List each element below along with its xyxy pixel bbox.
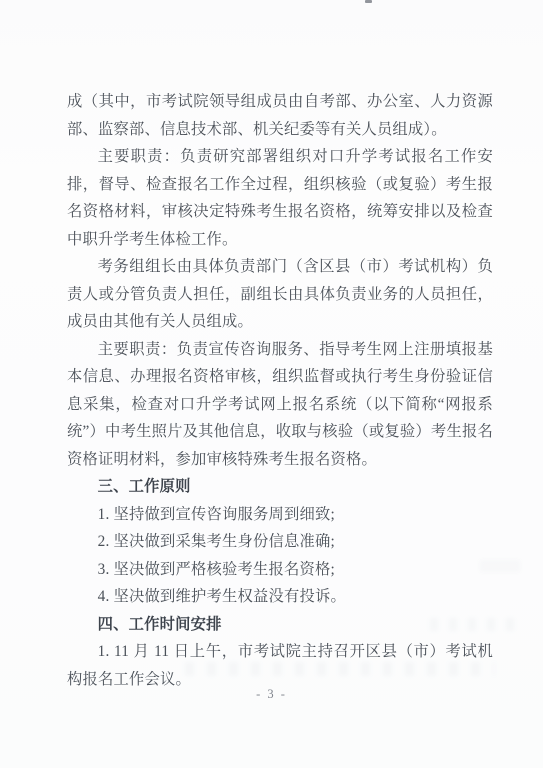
section-heading: 三、工作原则 — [67, 473, 493, 501]
scan-speck — [365, 0, 372, 3]
paragraph: 主要职责：负责研究部署组织对口升学考试报名工作安排，督导、检查报名工作全过程，组… — [67, 143, 493, 253]
paragraph: 成（其中，市考试院领导组成员由自考部、办公室、人力资源部、监察部、信息技术部、机… — [67, 88, 493, 143]
paragraph: 考务组组长由具体负责部门（含区县（市）考试机构）负责人或分管负责人担任，副组长由… — [67, 253, 493, 336]
list-item: 1. 坚持做到宣传咨询服务周到细致; — [67, 501, 493, 529]
page-number: - 3 - — [0, 687, 543, 702]
document-page: 成（其中，市考试院领导组成员由自考部、办公室、人力资源部、监察部、信息技术部、机… — [0, 0, 543, 768]
paragraph: 1. 11 月 11 日上午，市考试院主持召开区县（市）考试机构报名工作会议。 — [67, 638, 493, 693]
list-item: 4. 坚决做到维护考生权益没有投诉。 — [67, 583, 493, 611]
document-body: 成（其中，市考试院领导组成员由自考部、办公室、人力资源部、监察部、信息技术部、机… — [67, 88, 493, 693]
list-item: 2. 坚决做到采集考生身份信息准确; — [67, 528, 493, 556]
list-item: 3. 坚决做到严格核验考生报名资格; — [67, 556, 493, 584]
paragraph: 主要职责：负责宣传咨询服务、指导考生网上注册填报基本信息、办理报名资格审核，组织… — [67, 336, 493, 474]
section-heading: 四、工作时间安排 — [67, 611, 493, 639]
